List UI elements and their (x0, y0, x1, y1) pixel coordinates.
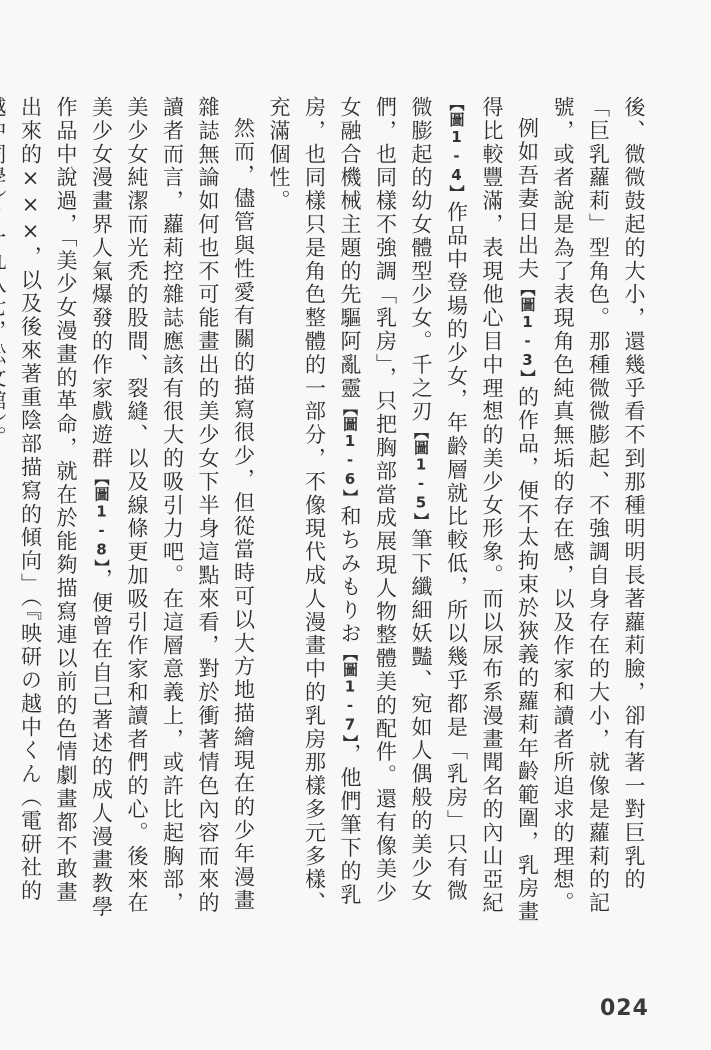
body-text: 然而，儘管與性愛有關的描寫很少，但從當時可以大方地描繪現在的少年漫畫雜誌無論如何… (90, 96, 256, 915)
paragraph: 例如吾妻日出夫【圖1-3】的作品，便不太拘束於狹義的蘿莉年齡範圍，乳房畫得比較豐… (261, 96, 545, 926)
page-number: 024 (600, 996, 649, 1021)
figure-reference: 【圖1-7】 (341, 646, 359, 744)
paragraph: 然而，儘管與性愛有關的描寫很少，但從當時可以大方地描繪現在的少年漫畫雜誌無論如何… (0, 96, 261, 926)
book-page: 後、微微鼓起的大小，還幾乎看不到那種明明長著蘿莉臉，卻有著一對巨乳的「巨乳蘿莉」… (0, 0, 711, 1050)
vertical-text-body: 後、微微鼓起的大小，還幾乎看不到那種明明長著蘿莉臉，卻有著一對巨乳的「巨乳蘿莉」… (0, 96, 651, 926)
figure-reference: 【圖1-4】 (448, 96, 466, 201)
body-text: 後、微微鼓起的大小，還幾乎看不到那種明明長著蘿莉臉，卻有著一對巨乳的「巨乳蘿莉」… (551, 96, 646, 915)
figure-reference: 【圖1-8】 (93, 470, 111, 568)
figure-reference: 【圖1-6】 (341, 400, 359, 505)
body-text: 和ちみもりお (338, 505, 362, 645)
body-text: 例如吾妻日出夫 (516, 117, 540, 281)
figure-reference: 【圖1-3】 (519, 281, 537, 386)
figure-reference: 【圖1-5】 (412, 424, 430, 529)
paragraph: 後、微微鼓起的大小，還幾乎看不到那種明明長著蘿莉臉，卻有著一對巨乳的「巨乳蘿莉」… (545, 96, 652, 926)
